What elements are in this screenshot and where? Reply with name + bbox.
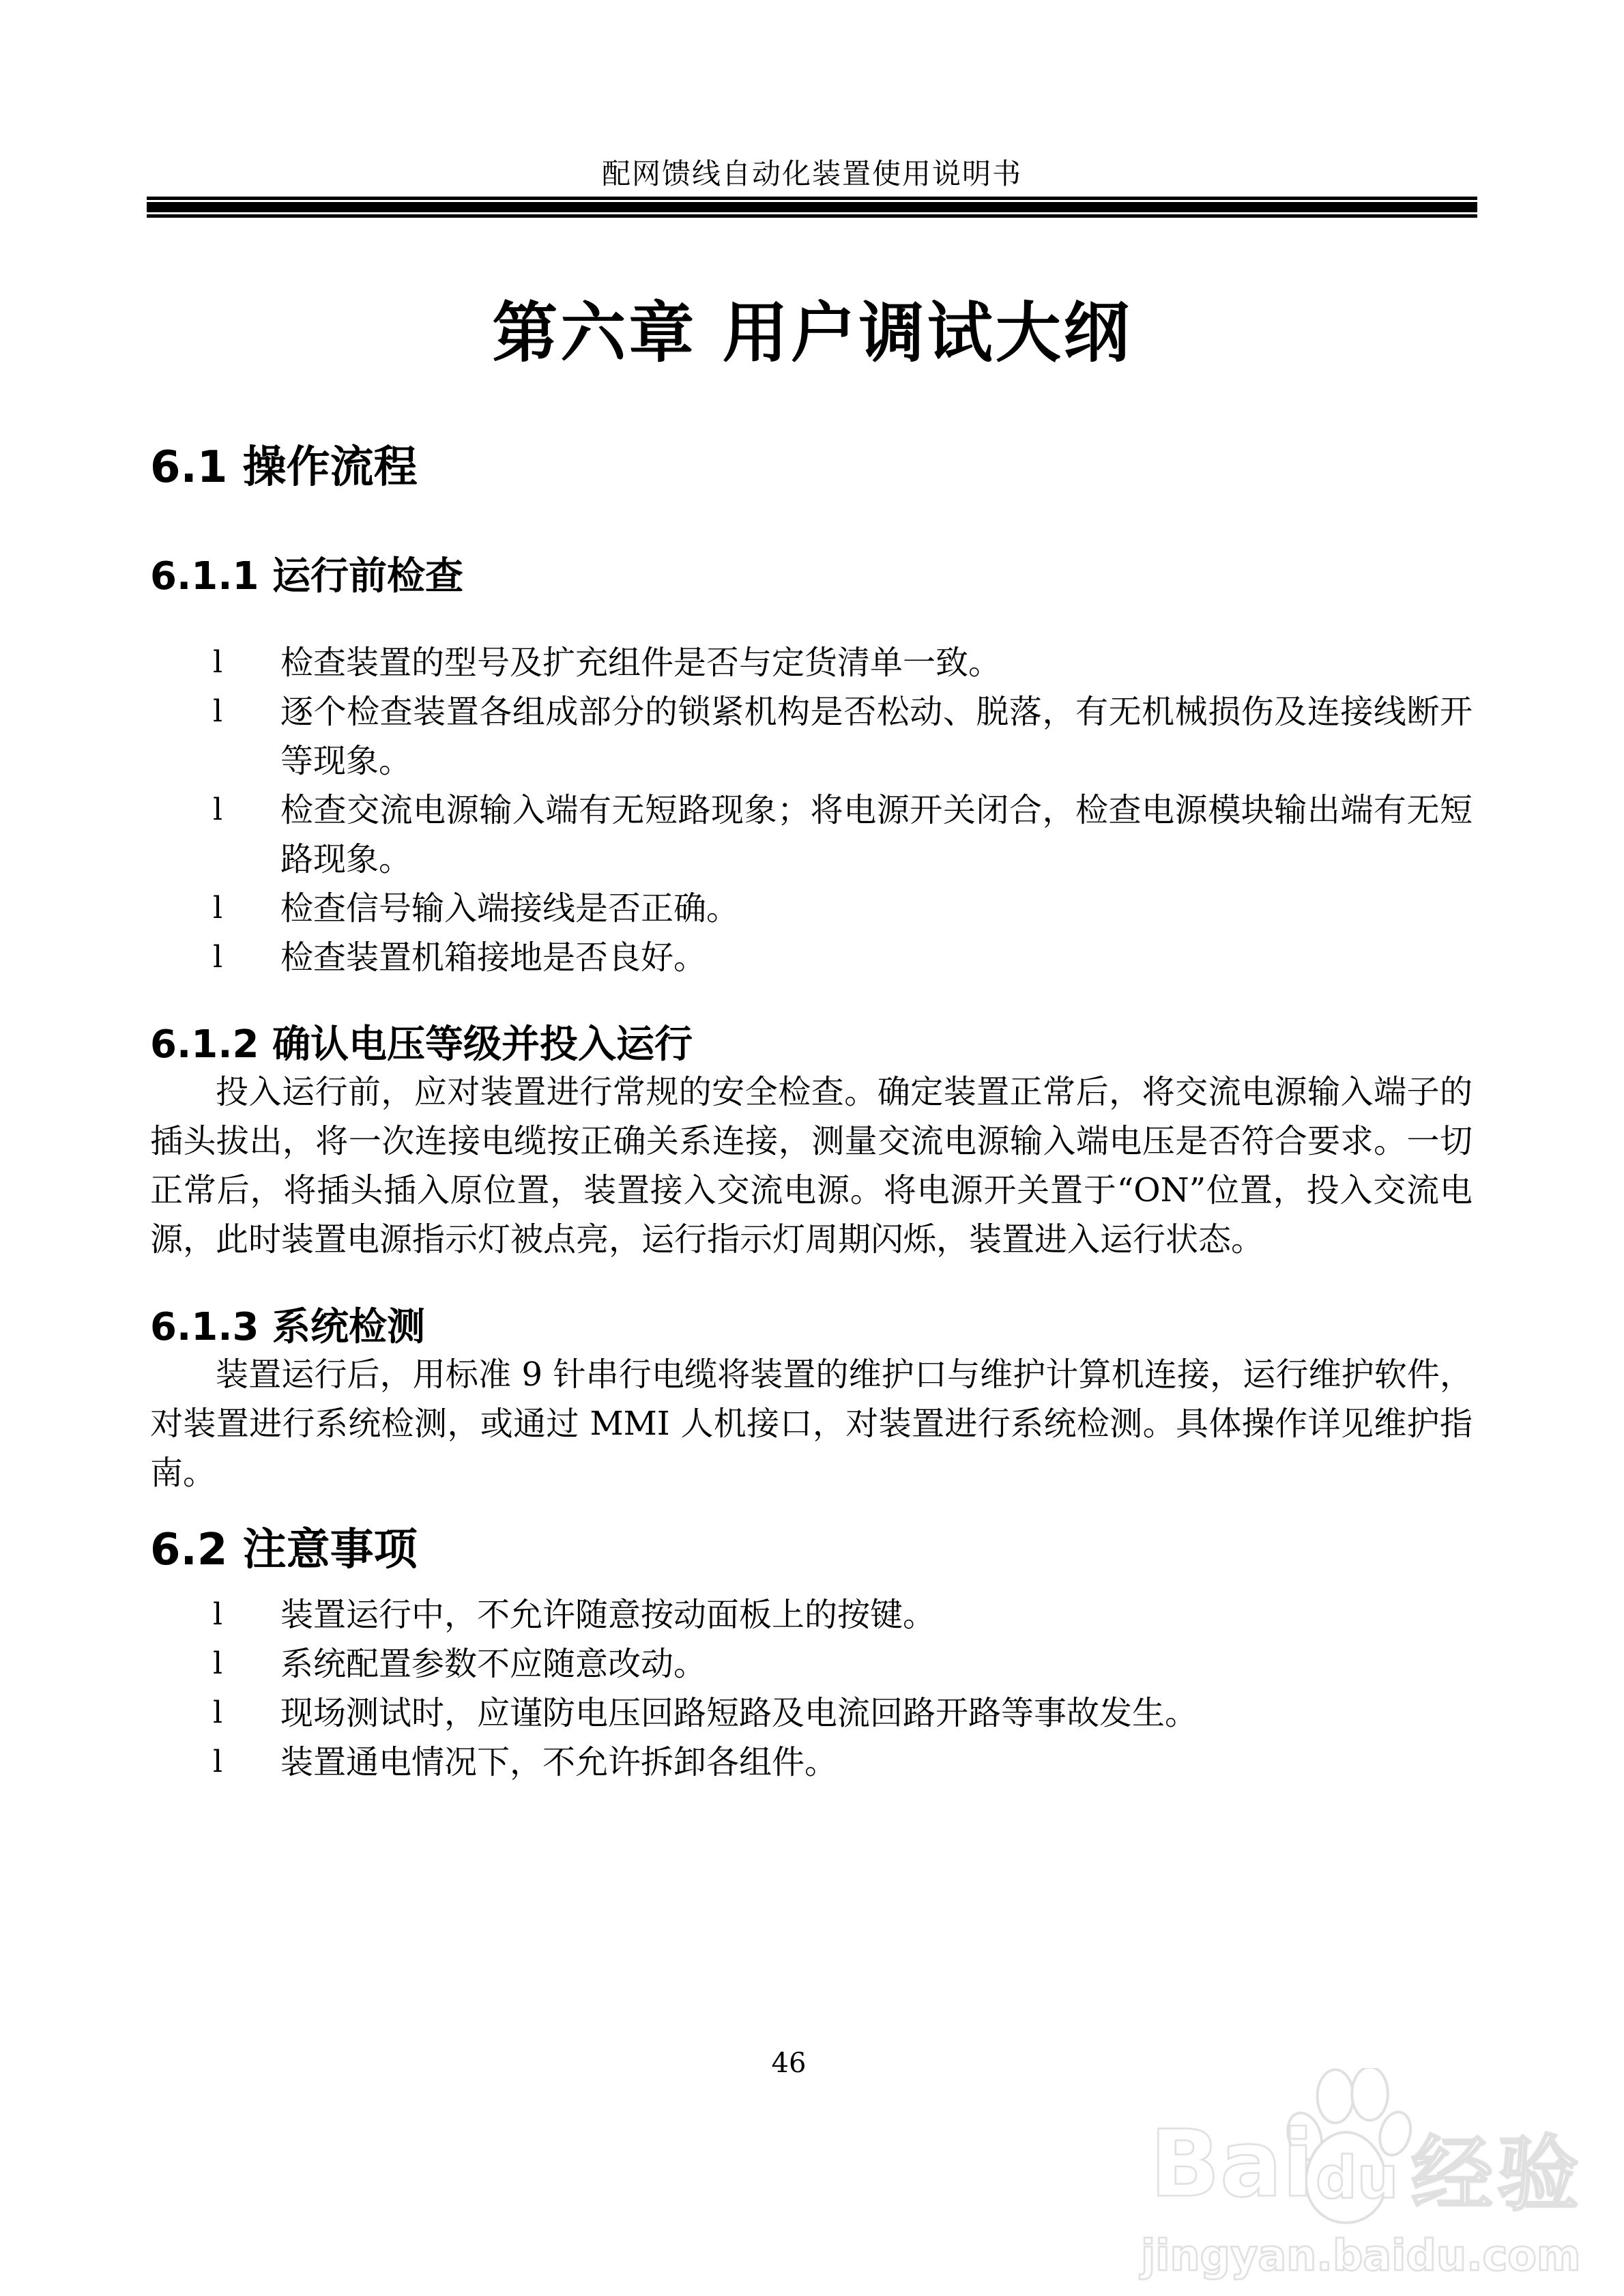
section-6-1-2-heading: 6.1.2 确认电压等级并投入运行 [150, 1022, 1473, 1067]
header-rule-thick-band [147, 202, 1477, 212]
list-item: l 现场测试时，应谨防电压回路短路及电流回路开路等事故发生。 [150, 1689, 1473, 1738]
section-6-2-heading: 6.2 注意事项 [150, 1525, 1473, 1575]
baidu-paw-icon [1279, 2068, 1412, 2228]
section-6-1-heading: 6.1 操作流程 [150, 442, 1473, 493]
list-item-text: 逐个检查装置各组成部分的锁紧机构是否松动、脱落，有无机械损伤及连接线断开等现象。 [280, 687, 1473, 786]
list-item: l 检查装置机箱接地是否良好。 [150, 933, 1473, 982]
list-item-text: 装置运行中，不允许随意按动面板上的按键。 [280, 1590, 1473, 1639]
section-6-1-1-heading: 6.1.1 运行前检查 [150, 554, 1473, 599]
watermark-brand-cn: 经验 [1411, 2109, 1583, 2226]
running-header-title: 配网馈线自动化装置使用说明书 [0, 152, 1624, 192]
list-item: l 系统配置参数不应随意改动。 [150, 1639, 1473, 1689]
document-page: 配网馈线自动化装置使用说明书 第六章 用户调试大纲 6.1 操作流程 6.1.1… [0, 0, 1624, 2296]
list-item-text: 检查装置的型号及扩充组件是否与定货清单一致。 [280, 638, 1473, 687]
watermark-url: jingyan.baidu.com [1141, 2230, 1580, 2280]
watermark-brand-du: du [1316, 2144, 1398, 2212]
section-6-1-3-paragraph: 装置运行后，用标准 9 针串行电缆将装置的维护口与维护计算机连接，运行维护软件，… [150, 1350, 1473, 1497]
list-item: l 装置运行中，不允许随意按动面板上的按键。 [150, 1590, 1473, 1639]
list-item: l 检查信号输入端接线是否正确。 [150, 884, 1473, 933]
section-6-1-3-heading: 6.1.3 系统检测 [150, 1305, 1473, 1350]
list-item-text: 检查信号输入端接线是否正确。 [280, 884, 1473, 933]
bullet-marker: l [213, 638, 280, 687]
chapter-title: 第六章 用户调试大纲 [0, 281, 1624, 375]
bullet-marker: l [213, 1639, 280, 1689]
list-item: l 逐个检查装置各组成部分的锁紧机构是否松动、脱落，有无机械损伤及连接线断开等现… [150, 687, 1473, 786]
page-number: 46 [755, 2048, 823, 2079]
list-item-text: 系统配置参数不应随意改动。 [280, 1639, 1473, 1689]
bullet-marker: l [213, 786, 280, 835]
list-item: l 检查装置的型号及扩充组件是否与定货清单一致。 [150, 638, 1473, 687]
bullet-marker: l [213, 1689, 280, 1738]
header-rule [147, 197, 1477, 218]
watermark-brand-bai: Bai [1150, 2110, 1314, 2218]
pre-run-check-list: l 检查装置的型号及扩充组件是否与定货清单一致。 l 逐个检查装置各组成部分的锁… [150, 638, 1473, 982]
baidu-jingyan-watermark: Bai du 经验 jingyan.baidu.com [1140, 2068, 1617, 2293]
list-item-text: 装置通电情况下，不允许拆卸各组件。 [280, 1738, 1473, 1787]
list-item-text: 现场测试时，应谨防电压回路短路及电流回路开路等事故发生。 [280, 1689, 1473, 1738]
bullet-marker: l [213, 1738, 280, 1787]
bullet-marker: l [213, 884, 280, 933]
list-item-text: 检查装置机箱接地是否良好。 [280, 933, 1473, 982]
section-6-1-2-paragraph: 投入运行前，应对装置进行常规的安全检查。确定装置正常后，将交流电源输入端子的插头… [150, 1067, 1473, 1264]
header-rule-bottom-line [147, 214, 1477, 218]
content-column: 6.1 操作流程 6.1.1 运行前检查 l 检查装置的型号及扩充组件是否与定货… [150, 442, 1473, 1787]
bullet-marker: l [213, 687, 280, 736]
list-item-text: 检查交流电源输入端有无短路现象；将电源开关闭合，检查电源模块输出端有无短路现象。 [280, 786, 1473, 884]
bullet-marker: l [213, 933, 280, 982]
bullet-marker: l [213, 1590, 280, 1639]
list-item: l 装置通电情况下，不允许拆卸各组件。 [150, 1738, 1473, 1787]
precautions-list: l 装置运行中，不允许随意按动面板上的按键。 l 系统配置参数不应随意改动。 l… [150, 1590, 1473, 1787]
list-item: l 检查交流电源输入端有无短路现象；将电源开关闭合，检查电源模块输出端有无短路现… [150, 786, 1473, 884]
